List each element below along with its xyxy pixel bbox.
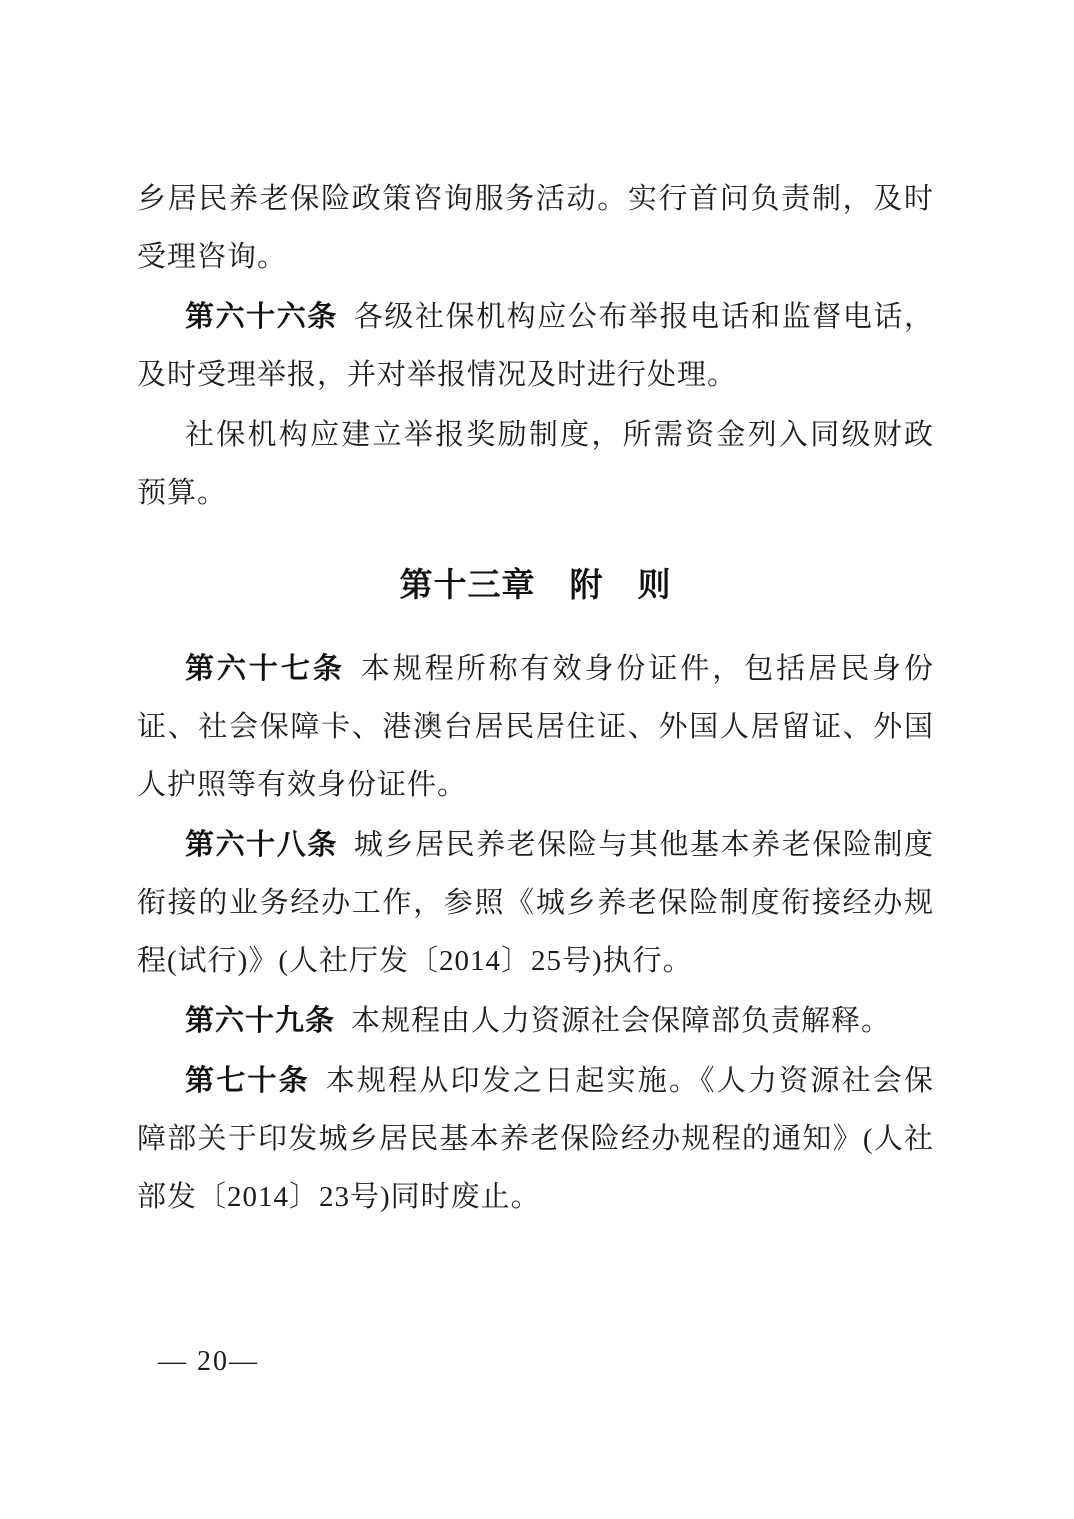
paragraph-article-66: 第六十六条各级社保机构应公布举报电话和监督电话，及时受理举报，并对举报情况及时进…	[137, 288, 934, 404]
paragraph-text: 本规程由人力资源社会保障部负责解释。	[351, 1005, 891, 1037]
article-number: 第七十条	[185, 1065, 310, 1097]
paragraph-article-70: 第七十条本规程从印发之日起实施。《人力资源社会保障部关于印发城乡居民基本养老保险…	[137, 1052, 934, 1226]
paragraph-article-66-sub: 社保机构应建立举报奖励制度，所需资金列入同级财政预算。	[137, 406, 934, 522]
article-number: 第六十六条	[185, 301, 338, 333]
paragraph-text: 乡居民养老保险政策咨询服务活动。实行首问负责制，及时受理咨询。	[137, 183, 934, 273]
paragraph-text: 社保机构应建立举报奖励制度，所需资金列入同级财政预算。	[137, 419, 934, 509]
chapter-heading: 第十三章 附 则	[137, 556, 934, 614]
document-page: 乡居民养老保险政策咨询服务活动。实行首问负责制，及时受理咨询。 第六十六条各级社…	[0, 0, 1074, 1519]
page-number: — 20—	[158, 1342, 259, 1382]
document-content: 乡居民养老保险政策咨询服务活动。实行首问负责制，及时受理咨询。 第六十六条各级社…	[137, 170, 934, 1228]
article-number: 第六十七条	[185, 653, 345, 685]
paragraph-article-67: 第六十七条本规程所称有效身份证件，包括居民身份证、社会保障卡、港澳台居民居住证、…	[137, 640, 934, 814]
paragraph-article-68: 第六十八条城乡居民养老保险与其他基本养老保险制度衔接的业务经办工作，参照《城乡养…	[137, 816, 934, 990]
article-number: 第六十八条	[185, 829, 338, 861]
paragraph-continuation: 乡居民养老保险政策咨询服务活动。实行首问负责制，及时受理咨询。	[137, 170, 934, 286]
article-number: 第六十九条	[185, 1005, 335, 1037]
paragraph-article-69: 第六十九条本规程由人力资源社会保障部负责解释。	[137, 992, 934, 1050]
